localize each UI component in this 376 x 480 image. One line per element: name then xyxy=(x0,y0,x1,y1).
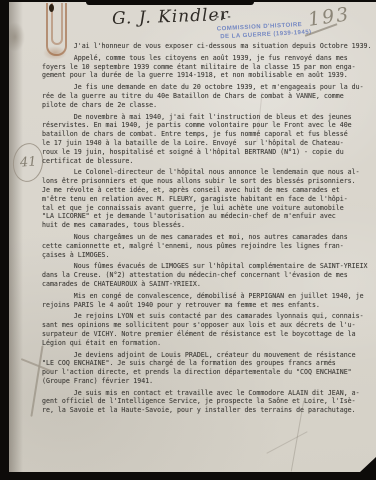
edge-stain xyxy=(5,22,25,52)
paper-crease xyxy=(266,431,307,453)
archive-stamp: COMMISSION D'HISTOIRE DE LA GUERRE (1939… xyxy=(217,21,312,42)
typed-paragraph: Nous fûmes évacués de LIMOGES sur l'hôpi… xyxy=(42,262,372,288)
typed-paragraph: De novembre à mai 1940, j'ai fait l'inst… xyxy=(42,113,372,166)
scan-top-edge xyxy=(86,0,254,5)
typed-paragraph: Nous chargeâmes un de mes camarades et m… xyxy=(42,233,372,259)
typed-paragraph: Le Colonel-directeur de l'hôpital nous a… xyxy=(42,168,372,230)
handwritten-margin-number: 41 xyxy=(19,154,37,170)
typed-paragraph: Je deviens adjoint de Louis PRADEL, créa… xyxy=(42,351,372,386)
typed-paragraph: J'ai l'honneur de vous exposer ci-dessou… xyxy=(42,42,372,51)
typed-paragraph: Mis en congé de convalescence, démobilis… xyxy=(42,292,372,310)
typed-page-number: -1- xyxy=(215,12,232,21)
typed-paragraph: Je rejoins LYON et suis contacté par des… xyxy=(42,312,372,347)
handwritten-name: G. J. Kindler xyxy=(112,5,229,29)
typed-paragraph: Appelé, comme tous les citoyens en août … xyxy=(42,54,372,80)
scan-edge-shadow xyxy=(9,2,23,472)
paperclip-rust-dot-icon xyxy=(49,4,54,12)
scanned-page: { "document": { "handwritten_name": "G. … xyxy=(0,0,376,480)
typed-paragraph: Je fis une demande en date du 20 octobre… xyxy=(42,83,372,109)
typed-paragraph: Je suis mis en contact et travaille avec… xyxy=(42,389,372,415)
paper: G. J. Kindler -1- COMMISSION D'HISTOIRE … xyxy=(9,2,376,472)
typed-text-block: J'ai l'honneur de vous exposer ci-dessou… xyxy=(42,42,372,418)
